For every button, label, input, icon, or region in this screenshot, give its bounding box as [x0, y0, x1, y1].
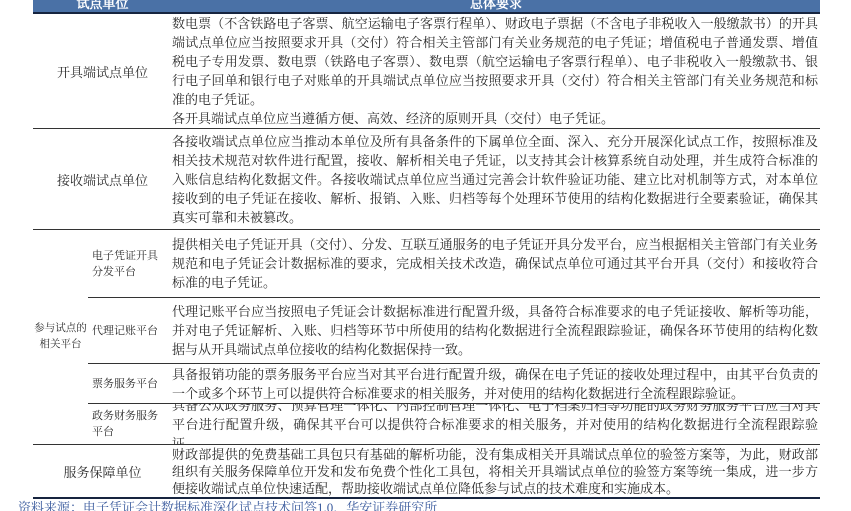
ticketing-service-paragraph: 具备报销功能的票务服务平台应当对其平台进行配置升级，确保在电子凭证的接收处理过程… [172, 365, 818, 403]
data-source-note: 资料来源：电子凭证会计数据标准深化试点技术问答1.0，华安证券研究所 [18, 500, 437, 511]
subcontent-government-finance-platform: 具备公众政务服务、预算管理一体化、内部控制管理一体化、电子档案归档等功能的政务财… [172, 404, 820, 444]
receiving-paragraph: 各接收端试点单位应当推动本单位及所有具备条件的下属单位全面、深入、充分开展深化试… [172, 132, 818, 227]
subcontent-bookkeeping-agency-platform: 代理记账平台应当按照电子凭证会计数据标准进行配置升级，具备符合标准要求的电子凭证… [172, 298, 820, 363]
table-row-service-guarantee: 服务保障单位 财政部提供的免费基础工具包只有基础的解析功能，没有集成相关开具端试… [33, 445, 820, 499]
table-header-row: 试点单位 总体要求 [33, 0, 820, 14]
sublabel-bookkeeping-agency-platform: 代理记账平台 [88, 298, 172, 363]
row-label-receiving: 接收端试点单位 [33, 129, 172, 229]
row-content-receiving: 各接收端试点单位应当推动本单位及所有具备条件的下属单位全面、深入、充分开展深化试… [172, 129, 820, 229]
report-table-page: 试点单位 总体要求 开具端试点单位 数电票（不含铁路电子客票、航空运输电子客票行… [0, 0, 851, 511]
table-row-issuing: 开具端试点单位 数电票（不含铁路电子客票、航空运输电子客票行程单）、财政电子票据… [33, 14, 820, 129]
platforms-subrows: 电子凭证开具分发平台 提供相关电子凭证开具（交付）、分发、互联互通服务的电子凭证… [88, 230, 820, 444]
row-label-issuing: 开具端试点单位 [33, 14, 172, 128]
header-cell-pilot-unit: 试点单位 [33, 0, 172, 12]
sublabel-ticketing-service-platform: 票务服务平台 [88, 364, 172, 403]
subrow-ticketing-service-platform: 票务服务平台 具备报销功能的票务服务平台应当对其平台进行配置升级，确保在电子凭证… [88, 363, 820, 403]
issuing-paragraph-1: 数电票（不含铁路电子客票、航空运输电子客票行程单）、财政电子票据（不含电子非税收… [172, 14, 818, 109]
row-content-service-guarantee: 财政部提供的免费基础工具包只有基础的解析功能，没有集成相关开具端试点单位的验签方… [172, 445, 820, 497]
group-label-platforms: 参与试点的相关平台 [33, 230, 88, 444]
row-label-service-guarantee: 服务保障单位 [33, 445, 172, 497]
table-row-receiving: 接收端试点单位 各接收端试点单位应当推动本单位及所有具备条件的下属单位全面、深入… [33, 129, 820, 230]
issuing-distribution-paragraph: 提供相关电子凭证开具（交付）、分发、互联互通服务的电子凭证开具分发平台，应当根据… [172, 235, 818, 292]
table-row-platforms-group: 参与试点的相关平台 电子凭证开具分发平台 提供相关电子凭证开具（交付）、分发、互… [33, 230, 820, 445]
subcontent-ticketing-service-platform: 具备报销功能的票务服务平台应当对其平台进行配置升级，确保在电子凭证的接收处理过程… [172, 364, 820, 403]
subrow-government-finance-platform: 政务财务服务平台 具备公众政务服务、预算管理一体化、内部控制管理一体化、电子档案… [88, 403, 820, 444]
bookkeeping-agency-paragraph: 代理记账平台应当按照电子凭证会计数据标准进行配置升级，具备符合标准要求的电子凭证… [172, 302, 818, 359]
header-cell-overall-requirement: 总体要求 [172, 0, 820, 12]
subrow-issuing-distribution-platform: 电子凭证开具分发平台 提供相关电子凭证开具（交付）、分发、互联互通服务的电子凭证… [88, 230, 820, 297]
subcontent-issuing-distribution-platform: 提供相关电子凭证开具（交付）、分发、互联互通服务的电子凭证开具分发平台，应当根据… [172, 230, 820, 297]
subrow-bookkeeping-agency-platform: 代理记账平台 代理记账平台应当按照电子凭证会计数据标准进行配置升级，具备符合标准… [88, 297, 820, 363]
service-guarantee-paragraph: 财政部提供的免费基础工具包只有基础的解析功能，没有集成相关开具端试点单位的验签方… [172, 446, 818, 497]
pilot-units-table: 试点单位 总体要求 开具端试点单位 数电票（不含铁路电子客票、航空运输电子客票行… [33, 0, 820, 499]
government-finance-paragraph: 具备公众政务服务、预算管理一体化、内部控制管理一体化、电子档案归档等功能的政务财… [172, 404, 818, 444]
issuing-paragraph-2: 各开具端试点单位应当遵循方便、高效、经济的原则开具（交付）电子凭证。 [172, 109, 818, 128]
row-content-issuing: 数电票（不含铁路电子客票、航空运输电子客票行程单）、财政电子票据（不含电子非税收… [172, 14, 820, 128]
sublabel-issuing-distribution-platform: 电子凭证开具分发平台 [88, 230, 172, 297]
sublabel-government-finance-platform: 政务财务服务平台 [88, 404, 172, 444]
